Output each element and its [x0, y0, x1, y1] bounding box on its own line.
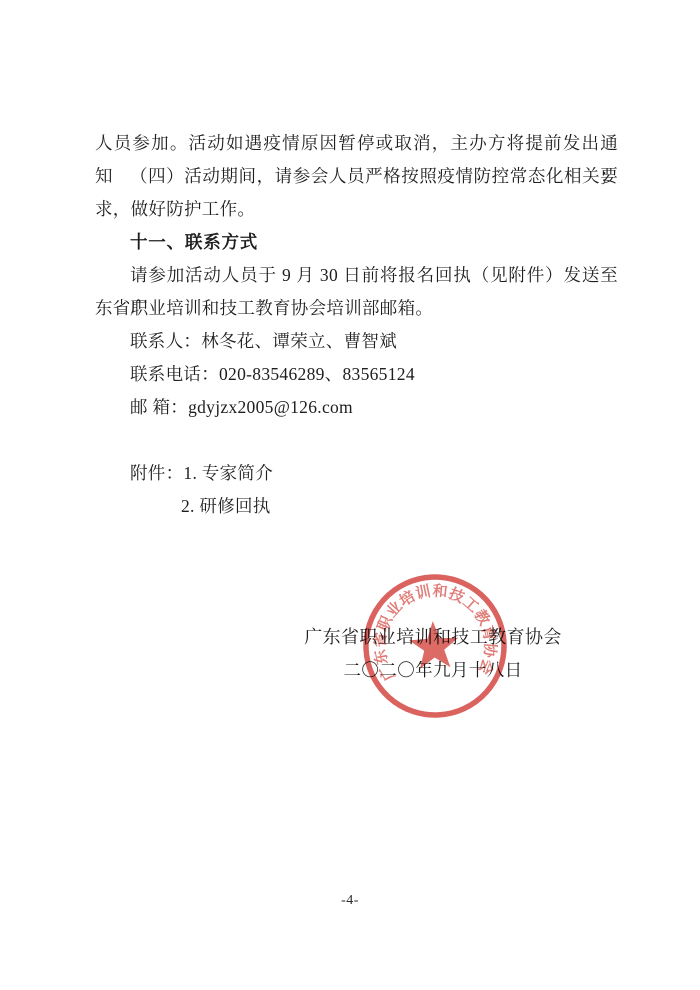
- attachment-line-2: 2. 研修回执: [95, 490, 618, 523]
- contact-email-line: 邮 箱：gdyjzx2005@126.com: [95, 391, 618, 424]
- text-line: 求，做好防护工作。: [95, 193, 618, 226]
- contact-person-line: 联系人：林冬花、谭荣立、曹智斌: [95, 325, 618, 358]
- section-heading: 十一、联系方式: [95, 226, 618, 259]
- body-text: 人员参加。活动如遇疫情原因暂停或取消，主办方将提前发出通知； （四）活动期间，请…: [95, 127, 618, 523]
- page-number: -4-: [0, 893, 700, 909]
- document-page: 人员参加。活动如遇疫情原因暂停或取消，主办方将提前发出通知； （四）活动期间，请…: [0, 0, 700, 990]
- contact-phone-line: 联系电话：020-83546289、83565124: [95, 358, 618, 391]
- official-seal: 广东省职业培训和技工教育协会: [330, 541, 540, 751]
- blank-line: [95, 424, 618, 457]
- seal-star-icon: [408, 620, 460, 670]
- text-line: 请参加活动人员于 9 月 30 日前将报名回执（见附件）发送至广: [95, 259, 618, 292]
- attachment-line-1: 附件：1. 专家简介: [95, 457, 618, 490]
- text-line: 人员参加。活动如遇疫情原因暂停或取消，主办方将提前发出通知；: [95, 127, 618, 160]
- text-line: （四）活动期间，请参会人员严格按照疫情防控常态化相关要: [95, 160, 618, 193]
- text-line: 东省职业培训和技工教育协会培训部邮箱。: [95, 292, 618, 325]
